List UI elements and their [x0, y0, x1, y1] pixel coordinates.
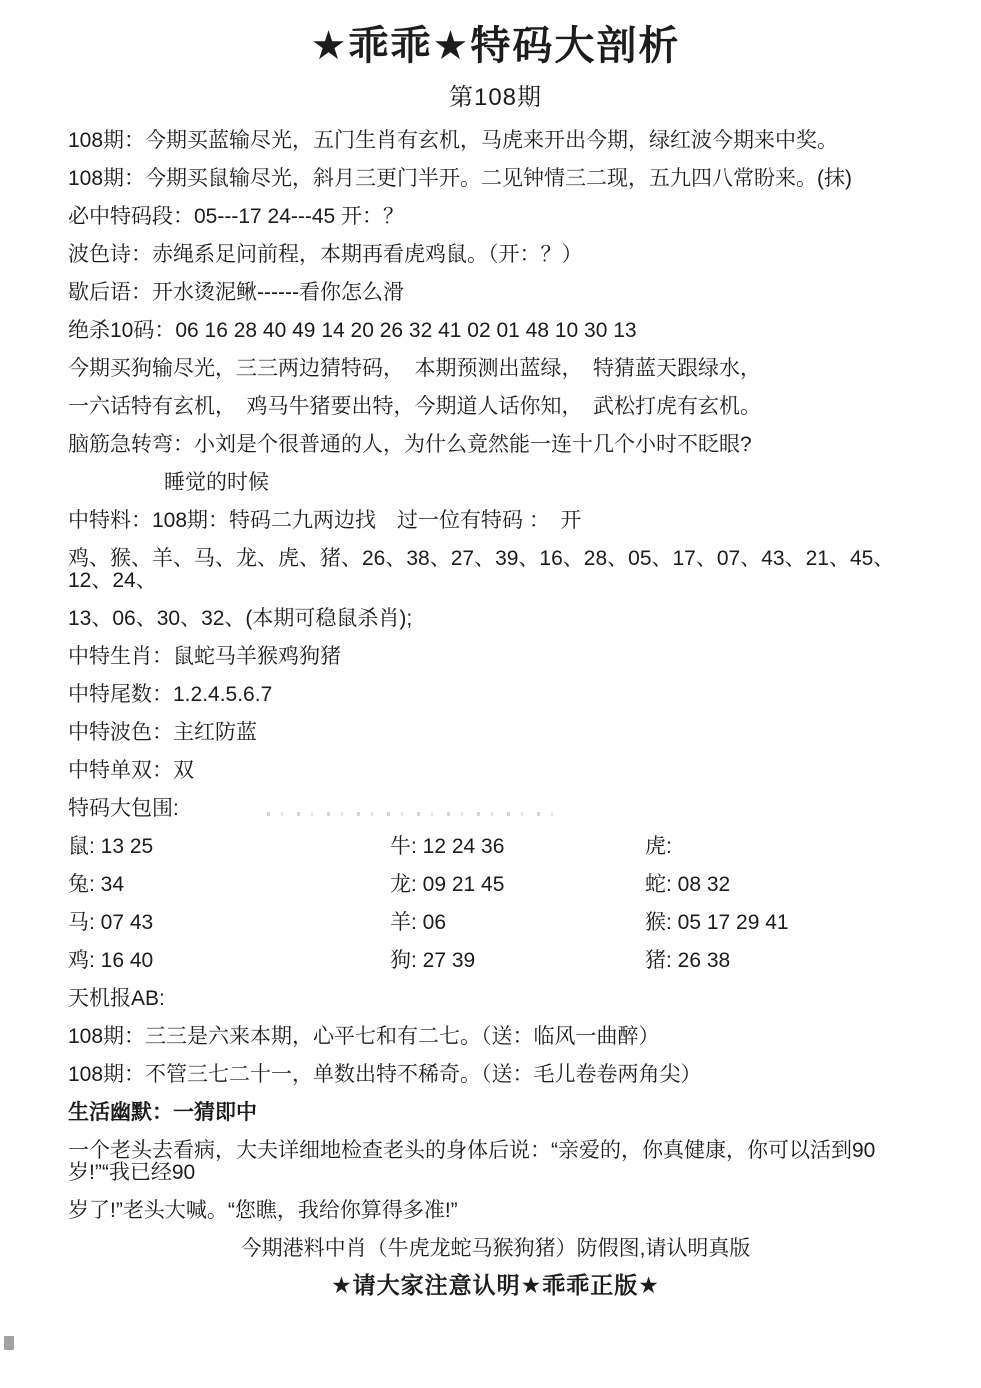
- zhongte-picks-line-2: 13、06、30、32、(本期可稳鼠杀肖);: [68, 608, 923, 630]
- zhongte-danshuang-line: 中特单双：双: [68, 760, 923, 782]
- zhongte-liao-line: 中特料：108期：特码二九两边找 过一位有特码 ： 开: [68, 510, 923, 532]
- baowei-row: 马: 07 43 羊: 06 猴: 05 17 29 41: [68, 912, 923, 934]
- poem-line-rat: 108期：今期买鼠输尽光，斜月三更门半开。二见钟情三二现，五九四八常盼来。(抹): [68, 168, 923, 190]
- joke-line-2: 岁了!”老头大喊。“您瞧，我给你算得多准!”: [68, 1200, 923, 1222]
- zhongte-weishu-line: 中特尾数：1.2.4.5.6.7: [68, 684, 923, 706]
- poem-line-blue: 108期：今期买蓝输尽光，五门生肖有玄机，马虎来开出今期，绿红波今期来中奖。: [68, 130, 923, 152]
- xiehouyu-line: 歇后语：开水烫泥鳅------看你怎么滑: [68, 282, 923, 304]
- baowei-cell-horse: 马: 07 43: [68, 912, 390, 934]
- life-humor-heading: 生活幽默：一猜即中: [68, 1102, 923, 1124]
- dog-poem-line-1: 今期买狗输尽光，三三两边猜特码， 本期预测出蓝绿， 特猜蓝天跟绿水，: [68, 358, 923, 380]
- footer-brand: ★请大家注意认明★乖乖正版★: [68, 1274, 923, 1296]
- scan-smudge-artifact: [267, 812, 567, 816]
- baowei-cell-pig: 猪: 26 38: [645, 950, 923, 972]
- must-hit-segment-line: 必中特码段：05---17 24---45 开：？: [68, 206, 923, 228]
- baowei-cell-rat: 鼠: 13 25: [68, 836, 390, 858]
- page-title: ★乖乖★特码大剖析: [68, 14, 923, 71]
- baowei-row: 鼠: 13 25 牛: 12 24 36 虎:: [68, 836, 923, 858]
- zhongte-bose-line: 中特波色：主红防蓝: [68, 722, 923, 744]
- baowei-cell-dragon: 龙: 09 21 45: [390, 874, 645, 896]
- joke-line-1: 一个老头去看病，大夫详细地检查老头的身体后说：“亲爱的，你真健康，你可以活到90…: [68, 1140, 923, 1184]
- baowei-cell-rooster: 鸡: 16 40: [68, 950, 390, 972]
- issue-number: 第108期: [68, 77, 923, 112]
- baowei-cell-snake: 蛇: 08 32: [645, 874, 923, 896]
- baowei-cell-monkey: 猴: 05 17 29 41: [645, 912, 923, 934]
- baowei-cell-tiger: 虎:: [645, 836, 923, 858]
- baowei-cell-goat: 羊: 06: [390, 912, 645, 934]
- brain-teaser-question: 脑筋急转弯：小刘是个很普通的人，为什么竟然能一连十几个小时不眨眼?: [68, 434, 923, 456]
- baowei-heading-row: 特码大包围:: [68, 798, 923, 820]
- zhongte-picks-line-1: 鸡、猴、羊、马、龙、虎、猪、26、38、27、39、16、28、05、17、07…: [68, 548, 923, 592]
- tip-line-1: 108期：三三是六来本期，心平七和有二七。（送：临风一曲醉）: [68, 1026, 923, 1048]
- baowei-row: 兔: 34 龙: 09 21 45 蛇: 08 32: [68, 874, 923, 896]
- baowei-cell-rabbit: 兔: 34: [68, 874, 390, 896]
- dog-poem-line-2: 一六话特有玄机， 鸡马牛猪要出特，今期道人话你知， 武松打虎有玄机。: [68, 396, 923, 418]
- baowei-cell-dog: 狗: 27 39: [390, 950, 645, 972]
- scan-corner-artifact: [4, 1336, 14, 1350]
- document-page: ★乖乖★特码大剖析 第108期 108期：今期买蓝输尽光，五门生肖有玄机，马虎来…: [0, 0, 981, 1388]
- baowei-heading: 特码大包围:: [68, 798, 179, 820]
- footer-note: 今期港料中肖（牛虎龙蛇马猴狗猪）防假图,请认明真版: [68, 1238, 923, 1260]
- wave-color-poem-line: 波色诗：赤绳系足问前程，本期再看虎鸡鼠。（开：？）: [68, 244, 923, 266]
- zhongte-shengxiao-line: 中特生肖：鼠蛇马羊猴鸡狗猪: [68, 646, 923, 668]
- kill-10-codes-line: 绝杀10码：06 16 28 40 49 14 20 26 32 41 02 0…: [68, 320, 923, 342]
- tip-line-2: 108期：不管三七二十一，单数出特不稀奇。（送：毛儿卷卷两角尖）: [68, 1064, 923, 1086]
- baowei-cell-ox: 牛: 12 24 36: [390, 836, 645, 858]
- tianji-bao-line: 天机报AB:: [68, 988, 923, 1010]
- brain-teaser-answer: 睡觉的时候: [68, 472, 923, 494]
- baowei-row: 鸡: 16 40 狗: 27 39 猪: 26 38: [68, 950, 923, 972]
